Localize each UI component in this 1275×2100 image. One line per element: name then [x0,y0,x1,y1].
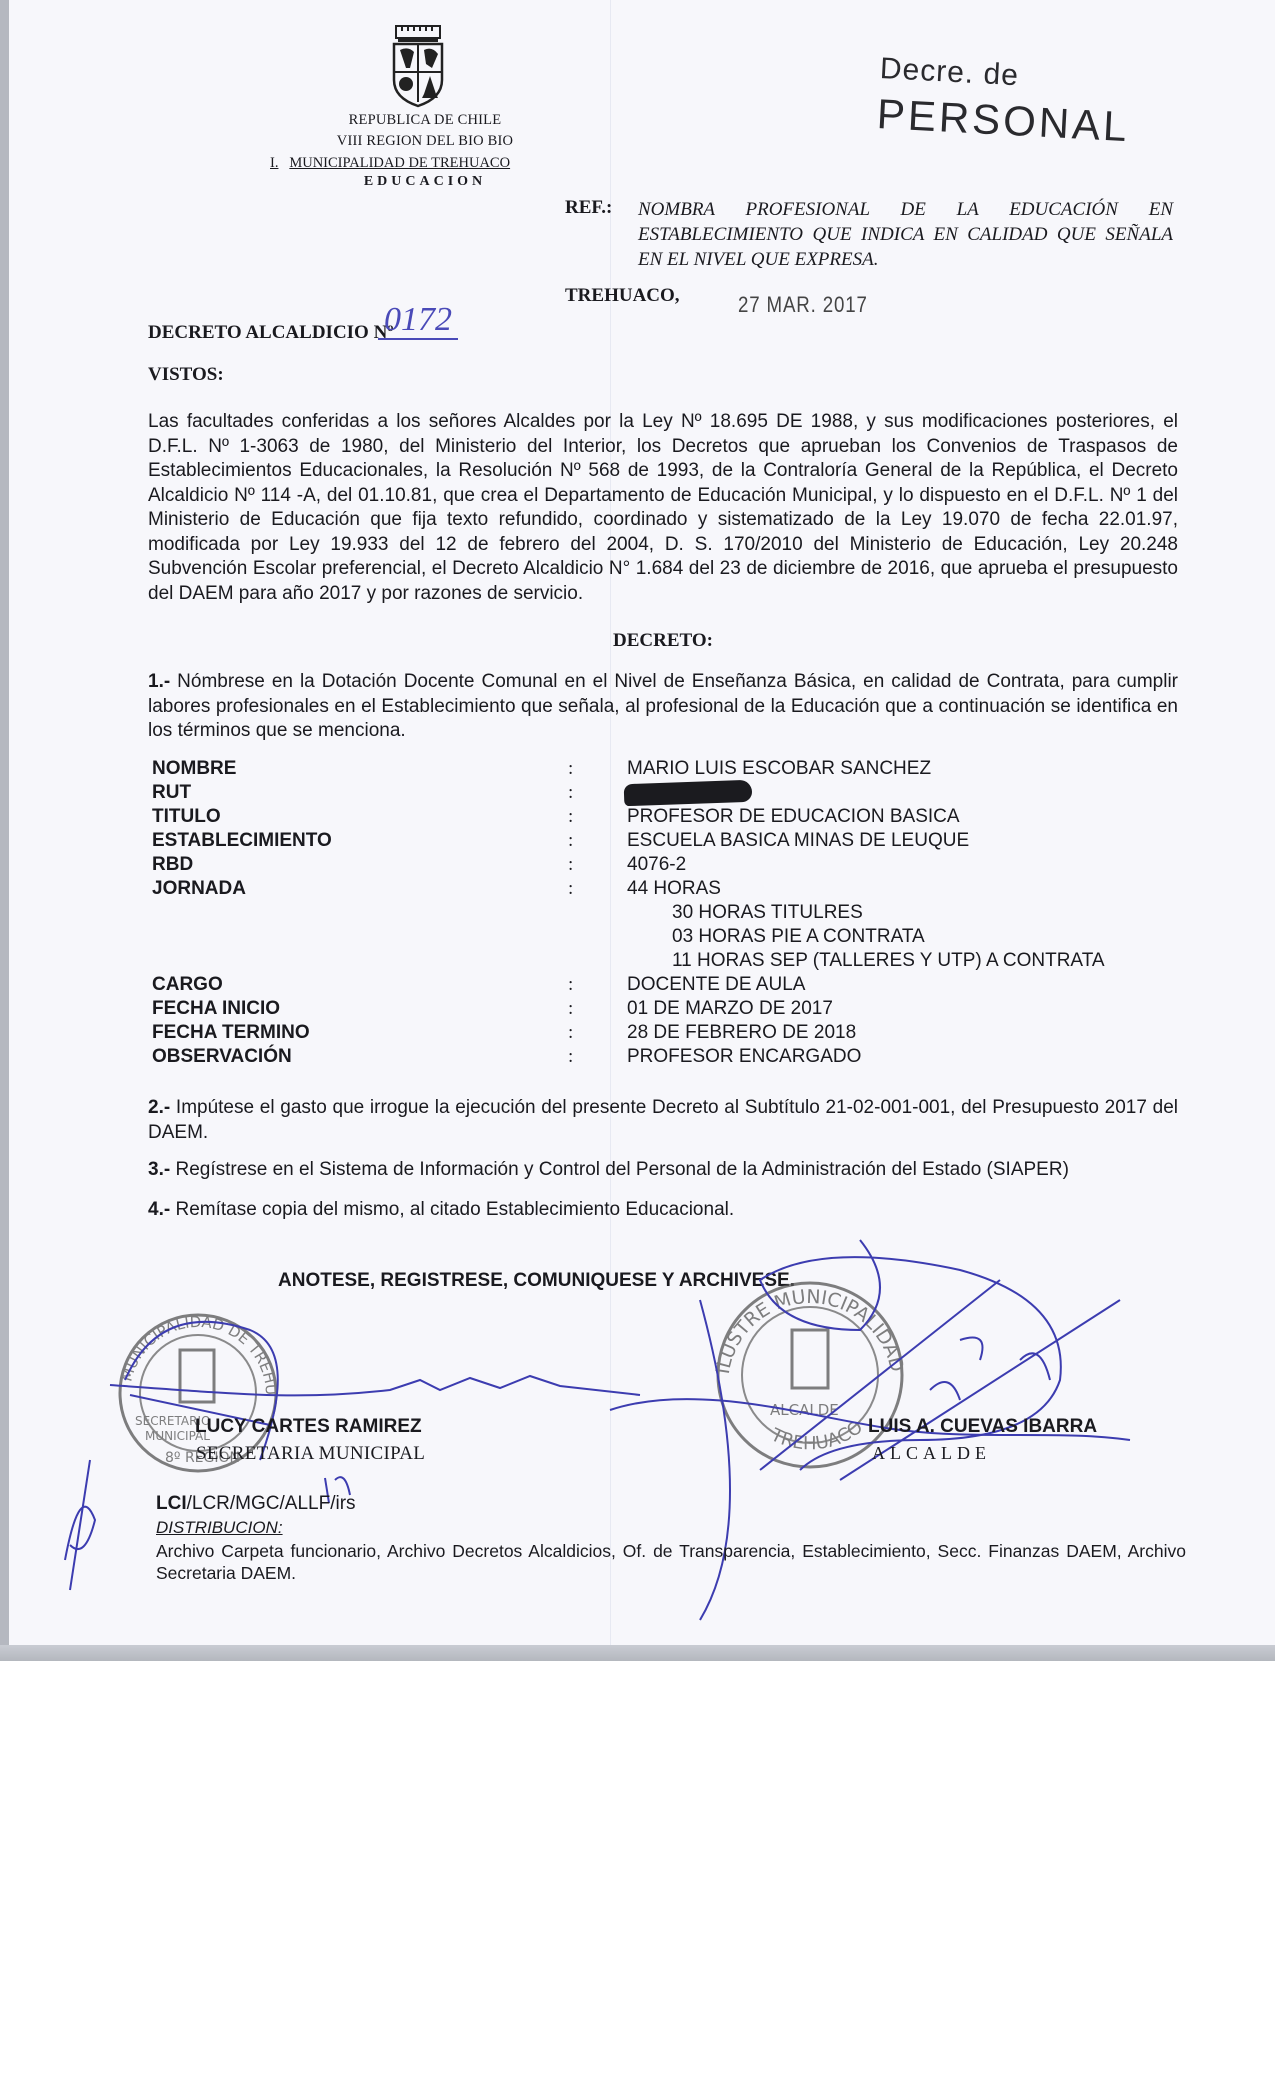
field-value-jornada: 44 HORAS [627,878,721,900]
field-label-observacion: OBSERVACIÓN [152,1046,292,1068]
field-label-titulo: TITULO [152,806,221,828]
reference-initials: LCI/LCR/MGC/ALLF/irs [156,1493,356,1515]
field-colon: : [568,1022,573,1044]
field-colon: : [568,878,573,900]
mayor-name: LUIS A. CUEVAS IBARRA [868,1416,1097,1438]
personal-stamp-line1: Decre. de [879,52,1020,93]
page-fold-line [610,0,611,1645]
municipal-coat-of-arms-icon [388,24,448,108]
field-value-nombre: MARIO LUIS ESCOBAR SANCHEZ [627,758,931,780]
field-value-cargo: DOCENTE DE AULA [627,974,805,996]
rut-redaction-mark [624,780,753,806]
field-colon: : [568,782,573,804]
field-label-nombre: NOMBRE [152,758,236,780]
field-value-titulo: PROFESOR DE EDUCACION BASICA [627,806,960,828]
article-1: 1.- Nómbrese en la Dotación Docente Comu… [148,670,1178,744]
header-municipality: I. MUNICIPALIDAD DE TREHUACO [270,155,510,172]
field-colon: : [568,806,573,828]
field-label-jornada: JORNADA [152,878,246,900]
article-2: 2.- Impútese el gasto que irrogue la eje… [148,1096,1178,1145]
initials-bold: LCI [156,1493,187,1514]
vistos-paragraph: Las facultades conferidas a los señores … [148,410,1178,606]
field-colon: : [568,854,573,876]
field-value-rbd: 4076-2 [627,854,686,876]
vistos-heading: VISTOS: [148,364,224,386]
article-1-text: Nómbrese en la Dotación Docente Comunal … [148,671,1178,741]
initials-rest: /LCR/MGC/ALLF/irs [187,1493,356,1514]
field-label-rut: RUT [152,782,191,804]
field-label-establecimiento: ESTABLECIMIENTO [152,830,332,852]
date-stamp: 27 MAR. 2017 [738,292,868,318]
place-label: TREHUACO, [565,285,680,307]
scan-edge-bottom [0,1645,1275,1661]
article-4: 4.- Remítase copia del mismo, al citado … [148,1198,1178,1223]
field-value-establecimiento: ESCUELA BASICA MINAS DE LEUQUE [627,830,969,852]
scan-edge-left [0,0,9,1660]
article-4-text: Remítase copia del mismo, al citado Esta… [170,1199,734,1220]
field-label-fecha-inicio: FECHA INICIO [152,998,280,1020]
reference-label: REF.: [565,197,612,219]
article-2-text: Impútese el gasto que irrogue la ejecuci… [148,1097,1178,1143]
field-value-fecha-termino: 28 DE FEBRERO DE 2018 [627,1022,856,1044]
field-label-fecha-termino: FECHA TERMINO [152,1022,310,1044]
field-colon: : [568,998,573,1020]
header-region: VIII REGION DEL BIO BIO [250,133,600,150]
article-4-number: 4.- [148,1199,170,1220]
field-label-cargo: CARGO [152,974,223,996]
decree-number-label: DECRETO ALCALDICIO Nº [148,322,394,344]
distribution-list: Archivo Carpeta funcionario, Archivo Dec… [156,1540,1186,1584]
mayor-title: ALCALDE [872,1443,991,1464]
reference-text: NOMBRA PROFESIONAL DE LA EDUCACIÓN EN ES… [638,197,1173,272]
article-1-number: 1.- [148,671,170,692]
decree-number-handwritten: 0172 [378,302,458,340]
header-muni-name: MUNICIPALIDAD DE TREHUACO [289,155,510,171]
article-2-number: 2.- [148,1097,170,1118]
field-colon: : [568,1046,573,1068]
field-colon: : [568,974,573,996]
field-label-rbd: RBD [152,854,193,876]
field-value-observacion: PROFESOR ENCARGADO [627,1046,861,1068]
decreto-heading: DECRETO: [148,630,1178,652]
field-value-fecha-inicio: 01 DE MARZO DE 2017 [627,998,833,1020]
secretary-title: SECRETARIA MUNICIPAL [196,1443,425,1465]
jornada-breakdown-item: 11 HORAS SEP (TALLERES Y UTP) A CONTRATA [672,950,1105,972]
article-3-text: Regístrese en el Sistema de Información … [170,1159,1069,1180]
header-country: REPUBLICA DE CHILE [250,112,600,129]
distribution-heading: DISTRIBUCION: [156,1518,283,1538]
article-3: 3.- Regístrese en el Sistema de Informac… [148,1158,1178,1183]
secretary-name: LUCY CARTES RAMIREZ [195,1416,422,1438]
header-department: EDUCACION [250,174,600,190]
jornada-breakdown-item: 03 HORAS PIE A CONTRATA [672,926,925,948]
header-muni-prefix: I. [270,155,278,171]
field-colon: : [568,758,573,780]
closing-formula: ANOTESE, REGISTRESE, COMUNIQUESE Y ARCHI… [278,1270,795,1292]
jornada-breakdown-item: 30 HORAS TITULRES [672,902,863,924]
field-colon: : [568,830,573,852]
article-3-number: 3.- [148,1159,170,1180]
